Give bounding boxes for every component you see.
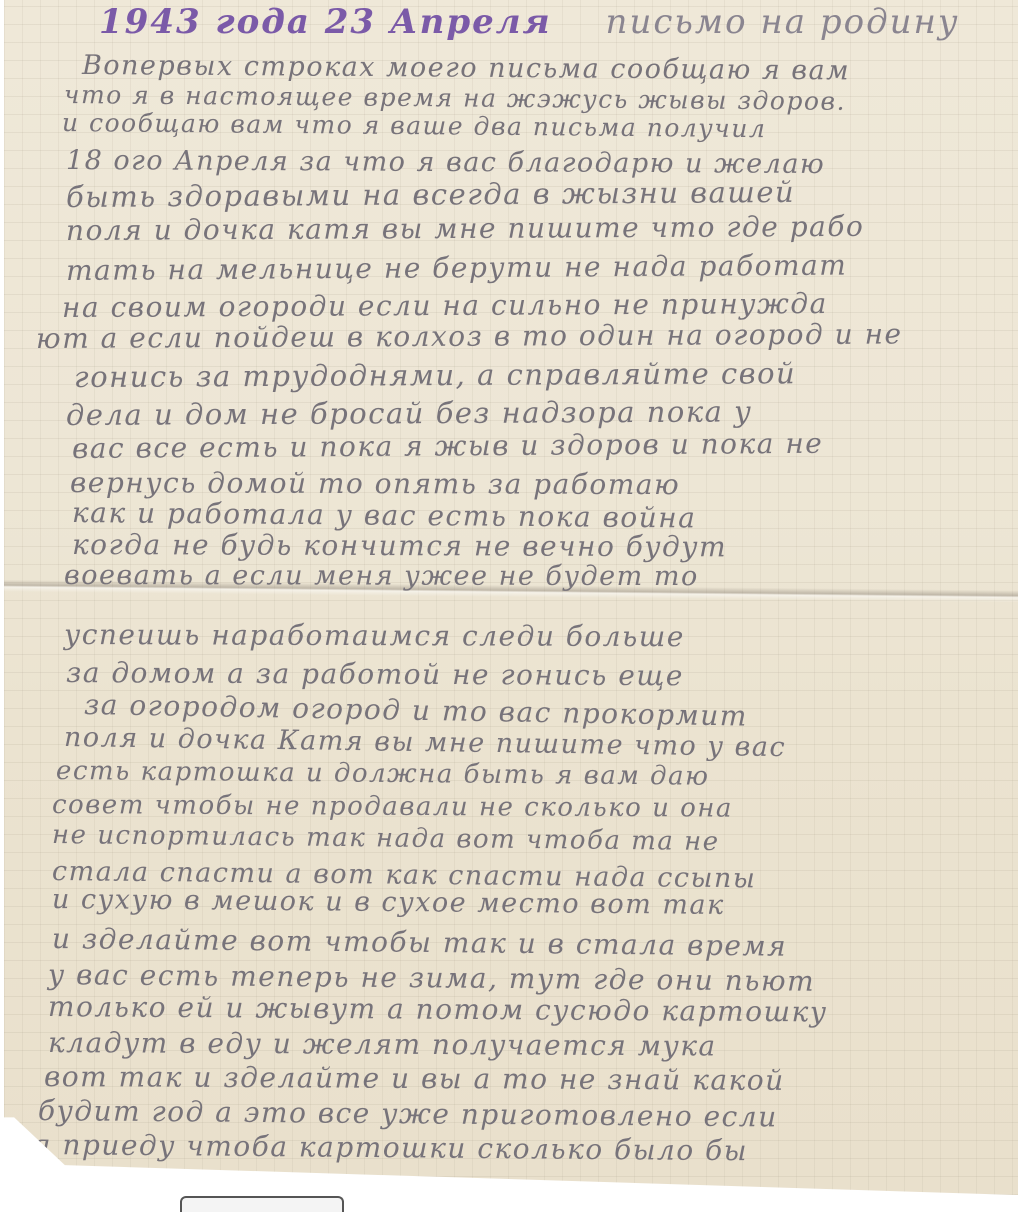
letter-line: тать на мельнице не берути не нада работ… [66, 249, 848, 287]
letter-line: есть картошка и должна быть я вам даю [56, 756, 710, 792]
letter-line: кладут в еду и желят получается мука [48, 1026, 717, 1063]
letter-line: и сухую в мешок и в сухое место вот так [52, 884, 725, 921]
letter-line: за домом а за работой не гонись еще [66, 656, 684, 692]
letter-line: успеишь наработаимся следи больше [64, 618, 685, 653]
letter-line: гонись за трудоднями, а справляйте свой [74, 356, 796, 394]
letter-line: вас все есть и пока я жыв и здоров и пок… [72, 427, 824, 465]
letter-line: когда не будь кончится не вечно будут [72, 528, 727, 563]
letter-line: вот так и зделайте и вы а то не знай как… [44, 1060, 785, 1097]
letter-line: я приеду чтоба картошки сколько было бы [32, 1128, 748, 1167]
letter-line: воевать а если меня ужее не будет то [64, 560, 699, 592]
letter-line: поля и дочка катя вы мне пишите что где … [66, 210, 864, 247]
letter-heading: 1943 года 23 Апреля письмо на родину [99, 2, 960, 42]
paper-clip [180, 1196, 344, 1212]
letter-line: будит год а это все уже приготовлено есл… [38, 1094, 778, 1133]
letter-subtitle: письмо на родину [606, 2, 960, 42]
letter-line: ют а если пойдеш в колхоз в то один на о… [36, 317, 903, 355]
letter-date: 1943 года 23 Апреля [99, 2, 552, 42]
letter-line: только ей и жывут а потом сусюдо картошк… [48, 990, 828, 1028]
letter-line: совет чтобы не продавали не сколько и он… [52, 790, 733, 824]
letter-line: дела и дом не бросай без надзора пока у [66, 394, 753, 432]
letter-sheet: 1943 года 23 Апреля письмо на родину Воп… [4, 0, 1018, 1195]
letter-line: быть здоравыми на всегда в жызни вашей [66, 175, 795, 214]
letter-line: и сообщаю вам что я ваше два письма полу… [62, 108, 767, 143]
